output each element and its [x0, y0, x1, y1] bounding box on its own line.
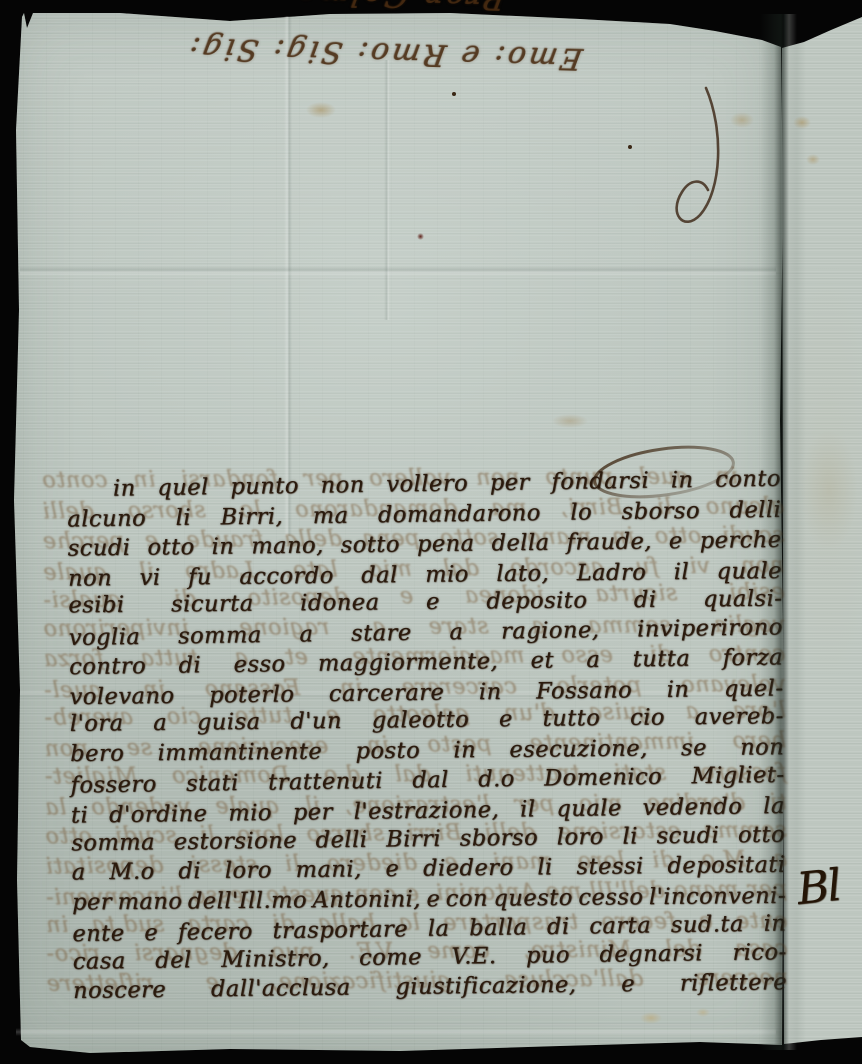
manuscript-word: pena [417, 530, 475, 560]
manuscript-word: non [740, 733, 784, 763]
manuscript-word: esecuzione, [509, 734, 648, 765]
manuscript-word: puo [526, 941, 570, 971]
manuscript-word: trattenuti [268, 767, 383, 798]
manuscript-word: poterlo [209, 680, 295, 711]
manuscript-word: a [586, 646, 600, 676]
manuscript-word: mio [425, 560, 469, 590]
manuscript-word: cesso [578, 883, 643, 913]
manuscript-word: d'ordine [109, 800, 208, 831]
manuscript-word: come [359, 943, 422, 973]
manuscript-word: dell'Ill.mo [188, 886, 307, 917]
manuscript-word: l'ora [70, 710, 124, 740]
manuscript-word: a [153, 709, 167, 739]
manuscript-word: di [178, 652, 201, 682]
address-docket-upside-down: Emo: e Rmo: Sig: Sig: Pron Colmo: [145, 14, 625, 89]
manuscript-word: depositati [667, 851, 785, 882]
manuscript-word: ti [71, 801, 89, 831]
manuscript-word: voglia [69, 623, 141, 654]
manuscript-word: punto [230, 472, 299, 503]
manuscript-word: somma [178, 621, 262, 652]
manuscript-word: tutta [632, 645, 690, 675]
manuscript-word: tutto [542, 704, 600, 734]
manuscript-word: esibi [68, 591, 124, 621]
manuscript-word: in [479, 678, 502, 708]
manuscript-word: fondarsi [551, 467, 649, 498]
manuscript-word: in [211, 533, 234, 563]
manuscript-word: fecero [178, 918, 253, 949]
manuscript-word: mani, [295, 855, 361, 885]
manuscript-word: degnarsi [599, 939, 703, 970]
manuscript-word: questo [493, 883, 573, 913]
manuscript-word: a [71, 858, 85, 888]
manuscript-word: ma [312, 501, 348, 531]
manuscript-word: e [621, 970, 635, 1000]
manuscript-word: inviperirono [637, 613, 783, 645]
manuscript-word: in [671, 466, 694, 496]
manuscript-word: e [499, 705, 513, 735]
manuscript-word: lo [570, 498, 592, 528]
manuscript-word: a [299, 620, 313, 650]
manuscript-word: la [763, 792, 785, 822]
manuscript-word: cio [630, 704, 665, 734]
manuscript-word: d.o [478, 765, 515, 795]
manuscript-word: delli [315, 825, 367, 855]
manuscript-word: li [175, 503, 191, 533]
manuscript-word: scudi [68, 534, 131, 564]
manuscript-word: V.E. [451, 942, 496, 972]
manuscript-word: quale [716, 557, 782, 587]
manuscript-word: stati [186, 770, 239, 800]
manuscript-word: in [763, 910, 786, 940]
adjacent-leaf-ink-fragment: Bl [794, 860, 842, 915]
manuscript-word: immantinente [157, 738, 322, 769]
manuscript-word: dal [412, 766, 449, 796]
manuscript-word: esso [233, 650, 285, 680]
manuscript-word: sicurta [171, 590, 254, 620]
manuscript-word: delli [729, 495, 781, 525]
manuscript-word: con [446, 884, 488, 914]
manuscript-word: e [144, 919, 158, 949]
manuscript-word: ente [72, 920, 125, 950]
manuscript-word: noscere [73, 976, 166, 1007]
manuscript-word: mio [228, 799, 272, 829]
horizontal-fold-crease [20, 266, 776, 276]
manuscript-word: trasportare [272, 915, 408, 947]
manuscript-word: fraude, [566, 528, 652, 559]
manuscript-word: la [428, 915, 450, 945]
manuscript-word: qualsi- [703, 585, 783, 615]
manuscript-word: in [666, 675, 689, 705]
manuscript-word: riflettere [680, 969, 788, 1000]
manuscript-word: sborso [621, 496, 700, 527]
manuscript-word: dall'acclusa [211, 974, 351, 1005]
manuscript-word: e [426, 588, 440, 618]
manuscript-word: bero [70, 739, 124, 769]
manuscript-word: Birri, [220, 502, 283, 532]
manuscript-word: avereb- [695, 703, 784, 734]
manuscript-word: d'un [290, 707, 342, 737]
manuscript-word: carta [589, 912, 651, 942]
manuscript-word: otto [147, 533, 195, 563]
manuscript-word: casa [73, 947, 126, 977]
manuscript-word: giustificazione, [395, 971, 576, 1003]
manuscript-word: il [520, 795, 536, 825]
manuscript-word: per [293, 798, 333, 828]
manuscript-word: di [547, 913, 570, 943]
manuscript-word: non [320, 471, 364, 501]
manuscript-text-block: inquelpuntononvolleroperfondarsiincontoa… [67, 467, 787, 1008]
manuscript-word: a [449, 618, 463, 648]
manuscript-word: diedero [423, 854, 514, 885]
manuscript-word: quel- [724, 674, 784, 704]
manuscript-word: Migliet- [691, 761, 784, 792]
manuscript-word: e [385, 855, 399, 885]
manuscript-word: li [537, 853, 553, 883]
manuscript-word: mano, [251, 532, 324, 562]
manuscript-word: maggiormente, [318, 648, 499, 680]
manuscript-word: della [491, 529, 549, 559]
manuscript-word: somma [71, 828, 155, 859]
manuscript-word: e [426, 885, 440, 915]
horizontal-fold-crease [16, 1028, 776, 1036]
manuscript-word: vedendo [642, 793, 742, 824]
manuscript-word: forza [722, 644, 783, 674]
manuscript-word: loro [557, 822, 604, 852]
manuscript-word: rico- [732, 938, 787, 968]
manuscript-word: fossero [70, 771, 157, 802]
manuscript-word: l'inconveni- [649, 881, 786, 912]
scanned-letter: inquelpuntononvolleroperfondarsiincontoa… [0, 0, 862, 1064]
manuscript-word: posto [355, 737, 420, 767]
manuscript-word: in [453, 736, 476, 766]
manuscript-word: estorsione [173, 826, 297, 857]
manuscript-word: idonea [300, 589, 380, 619]
manuscript-word: scudi [656, 821, 719, 851]
manuscript-word: otto [738, 820, 786, 850]
manuscript-word: stare [351, 619, 412, 649]
manuscript-word: vi [139, 563, 160, 593]
manuscript-word: per [490, 468, 530, 498]
manuscript-word: accordo [239, 561, 334, 592]
manuscript-word: M.o [109, 858, 155, 888]
manuscript-word: lato, [496, 559, 549, 589]
manuscript-word: fu [188, 563, 212, 593]
manuscript-word: ragione, [501, 616, 600, 647]
manuscript-word: loro [225, 856, 272, 886]
vertical-crease [384, 60, 390, 320]
manuscript-word: quale [556, 794, 622, 824]
manuscript-word: quel [157, 473, 209, 503]
manuscript-word: Ministro, [221, 944, 330, 975]
manuscript-word: galeotto [372, 706, 470, 737]
manuscript-word: Antonini, [312, 885, 421, 916]
manuscript-word: di [178, 857, 201, 887]
manuscript-word: Birri [386, 824, 441, 854]
manuscript-word: mano [117, 887, 182, 917]
manuscript-word: vollero [386, 469, 468, 500]
manuscript-word: per [72, 888, 112, 918]
manuscript-word: Domenico [544, 763, 663, 794]
manuscript-word: Fossano [536, 676, 632, 707]
manuscript-word: dal [361, 561, 398, 591]
manuscript-word: li [622, 822, 638, 852]
manuscript-word: non [68, 564, 112, 594]
manuscript-word: perche [699, 526, 781, 557]
manuscript-word: deposito [486, 587, 587, 617]
manuscript-word: stessi [576, 852, 644, 882]
manuscript-word: balla [469, 914, 528, 944]
manuscript-word: l'estrazione, [353, 796, 499, 828]
manuscript-word: e [669, 527, 683, 557]
manuscript-word: conto [715, 465, 781, 496]
manuscript-word: in [113, 474, 136, 504]
vertical-crease [284, 16, 292, 536]
manuscript-word: di [634, 586, 657, 616]
manuscript-word: alcuno [67, 504, 146, 535]
manuscript-word: Ladro [576, 558, 646, 588]
manuscript-word: et [530, 647, 554, 677]
manuscript-word: guisa [197, 708, 261, 738]
manuscript-word: se [681, 734, 707, 764]
manuscript-word: domandarono [378, 499, 541, 531]
manuscript-word: carcerare [329, 678, 445, 709]
manuscript-word: sborso [460, 823, 539, 854]
manuscript-word: contro [69, 652, 146, 683]
manuscript-word: il [674, 558, 690, 588]
manuscript-word: sotto [340, 531, 400, 561]
manuscript-word: sud.ta [671, 910, 744, 941]
manuscript-word: del [155, 946, 192, 976]
